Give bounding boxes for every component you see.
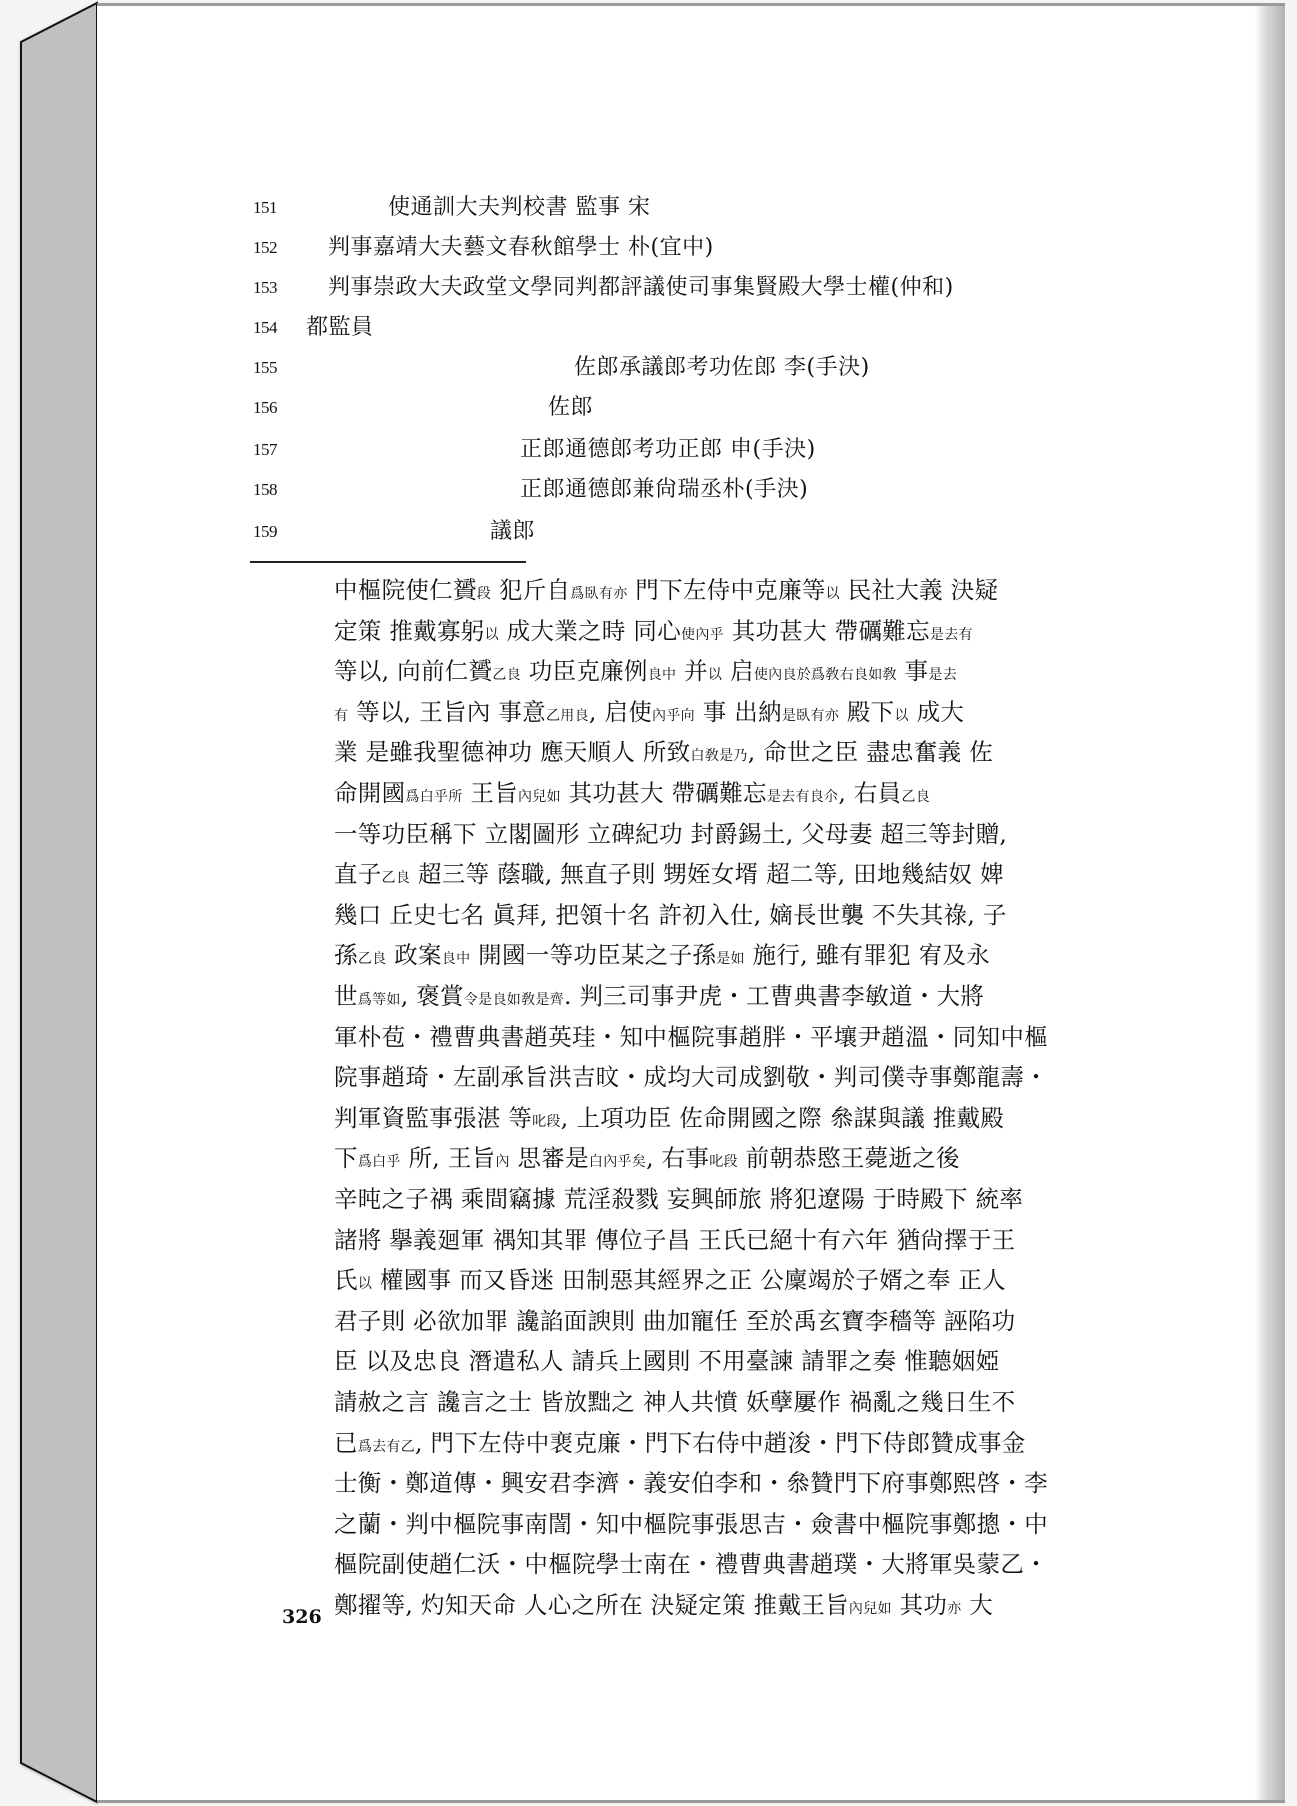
body-line: 定策 推戴寡躬以 成大業之時 同心使內乎 其功甚大 帶礪難忘是去有 [334, 613, 1144, 653]
body-line: 業 是雖我聖德神功 應天順人 所致白敎是乃, 命世之臣 盡忠奮義 佐 [334, 734, 1144, 774]
text-segment: 并 [676, 657, 708, 685]
body-line: 孫乙良 政案良中 開國一等功臣某之子孫是如 施行, 雖有罪犯 宥及永 [334, 937, 1144, 977]
body-line: 之蘭・判中樞院事南誾・知中樞院事張思吉・僉書中樞院事鄭摠・中 [334, 1506, 1144, 1542]
idu-annotation: 內 [495, 1154, 509, 1170]
page-right-shadow [1255, 6, 1285, 1800]
text-segment: 中樞院使仁贇 [334, 576, 477, 604]
body-line: 下爲白乎 所, 王旨內 思審是白內乎矣, 右事叱段 前朝恭愍王薨逝之後 [334, 1140, 1144, 1180]
text-segment: 孫 [334, 941, 358, 969]
line-text: 議郎 [490, 514, 535, 545]
idu-annotation: 乙良 [382, 870, 411, 886]
text-segment: 士衡・鄭道傳・興安君李濟・義安伯李和・叅贊門下府事鄭熙啓・李 [334, 1469, 1048, 1497]
text-segment: 直子 [334, 860, 382, 888]
text-segment: 臣 以及忠良 潛遣私人 請兵上國則 不用臺諫 請罪之奏 惟聽姻婭 [334, 1347, 999, 1375]
idu-annotation: 爲白乎 [358, 1154, 401, 1170]
idu-annotation: 爲去有乙 [358, 1439, 415, 1455]
text-segment: 業 是雖我聖德神功 應天順人 所致 [334, 738, 691, 766]
text-segment: 超三等 蔭職, 無直子則 甥姪女壻 超二等, 田地幾結奴 婢 [410, 860, 1004, 888]
body-line: 有 等以, 王旨內 事意乙用良, 启使內乎向 事 出納是臥有亦 殿下以 成大 [334, 694, 1144, 734]
text-segment: 施行, 雖有罪犯 宥及永 [745, 941, 990, 969]
text-segment: 鄭擢等, 灼知天命 人心之所在 決疑定策 推戴王旨 [334, 1591, 849, 1619]
line-number: 154 [253, 318, 277, 338]
text-segment: 門下左侍中克廉等 [628, 576, 826, 604]
text-segment: 事 出納 [695, 698, 782, 726]
idu-annotation: 良中 [648, 667, 677, 683]
text-segment: , 門下左侍中裵克廉・門下右侍中趙浚・門下侍郎贊成事金 [415, 1429, 1026, 1457]
idu-annotation: 令是良如敎是齊 [464, 992, 564, 1008]
idu-annotation: 良中 [442, 951, 471, 967]
idu-annotation: 是如 [716, 951, 745, 967]
body-line: 請赦之言 讒言之士 皆放黜之 神人共憤 妖孽屢作 禍亂之幾日生不 [334, 1384, 1144, 1420]
line-text: 正郎通德郎兼尙瑞丞朴(手決) [520, 472, 808, 503]
idu-annotation: 以 [826, 586, 840, 602]
idu-annotation: 內兒如 [518, 789, 561, 805]
idu-annotation: 是去有良尒 [767, 789, 839, 805]
text-segment: , 右事 [646, 1144, 709, 1172]
idu-annotation: 以 [708, 667, 722, 683]
idu-annotation: 爲等如 [358, 992, 401, 1008]
body-line: 士衡・鄭道傳・興安君李濟・義安伯李和・叅贊門下府事鄭熙啓・李 [334, 1465, 1144, 1501]
text-segment: 政案 [386, 941, 441, 969]
idu-annotation: 白內乎矣 [589, 1154, 646, 1170]
line-number: 153 [253, 278, 277, 298]
line-text: 佐郎 [548, 390, 593, 421]
text-segment: 已 [334, 1429, 358, 1457]
body-line: 君子則 必欲加罪 讒諂面諛則 曲加寵任 至於禹玄寶李穡等 誣陷功 [334, 1303, 1144, 1339]
idu-annotation: 是去有 [930, 627, 973, 643]
text-segment: 启 [722, 657, 754, 685]
body-line: 判軍資監事張湛 等叱段, 上項功臣 佐命開國之際 叅謀與議 推戴殿 [334, 1100, 1144, 1140]
section-divider-rule [250, 561, 526, 563]
line-number: 158 [253, 480, 277, 500]
idu-annotation: 乙良 [901, 789, 930, 805]
spine-panel [21, 3, 97, 1802]
page-number: 326 [282, 1606, 322, 1628]
body-line: 直子乙良 超三等 蔭職, 無直子則 甥姪女壻 超二等, 田地幾結奴 婢 [334, 856, 1144, 896]
text-segment: 開國一等功臣某之子孫 [470, 941, 716, 969]
text-segment: 思審是 [510, 1144, 589, 1172]
body-line: 諸將 擧義廻軍 禑知其罪 傳位子昌 王氏已絕十有六年 猶尙擇于王 [334, 1222, 1144, 1258]
text-segment: 等以, 王旨內 事意 [348, 698, 546, 726]
line-text: 正郎通德郎考功正郎 申(手決) [520, 432, 816, 463]
line-text: 佐郎承議郎考功佐郎 李(手決) [574, 350, 870, 381]
text-segment: 殿下 [839, 698, 894, 726]
text-segment: , 命世之臣 盡忠奮義 佐 [748, 738, 993, 766]
idu-annotation: 以 [485, 627, 499, 643]
text-segment: 其功甚大 帶礪難忘 [724, 617, 930, 645]
body-line: 世爲等如, 褒賞令是良如敎是齊. 判三司事尹虎・工曹典書李敏道・大將 [334, 978, 1144, 1018]
body-line: 等以, 向前仁贇乙良 功臣克廉例良中 并以 启使內良於爲敎右良如敎 事是去 [334, 653, 1144, 693]
line-number: 159 [253, 522, 277, 542]
text-segment: 下 [334, 1144, 358, 1172]
idu-annotation: 是去 [928, 667, 957, 683]
text-segment: 世 [334, 982, 358, 1010]
line-number: 156 [253, 398, 277, 418]
text-segment: 樞院副使趙仁沃・中樞院學士南在・禮曹典書趙璞・大將軍吳蒙乙・ [334, 1550, 1048, 1578]
body-line: 軍朴苞・禮曹典書趙英珪・知中樞院事趙胖・平壤尹趙溫・同知中樞 [334, 1019, 1144, 1055]
text-segment: 君子則 必欲加罪 讒諂面諛則 曲加寵任 至於禹玄寶李穡等 誣陷功 [334, 1307, 1015, 1335]
text-segment: 請赦之言 讒言之士 皆放黜之 神人共憤 妖孽屢作 禍亂之幾日生不 [334, 1388, 1015, 1416]
body-line: 臣 以及忠良 潛遣私人 請兵上國則 不用臺諫 請罪之奏 惟聽姻婭 [334, 1343, 1144, 1379]
line-number: 152 [253, 238, 277, 258]
text-segment: 命開國 [334, 779, 405, 807]
text-segment: 成大業之時 同心 [499, 617, 681, 645]
line-text: 判事嘉靖大夫藝文春秋館學士 朴(宜中) [328, 230, 714, 261]
idu-annotation: 內兒如 [849, 1601, 892, 1617]
text-segment: , 启使 [589, 698, 652, 726]
body-line: 已爲去有乙, 門下左侍中裵克廉・門下右侍中趙浚・門下侍郎贊成事金 [334, 1425, 1144, 1465]
body-line: 幾口 丘史七名 眞拜, 把領十名 許初入仕, 嫡長世襲 不失其祿, 子 [334, 897, 1144, 933]
body-line: 院事趙琦・左副承旨洪吉旼・成均大司成劉敬・判司僕寺事鄭龍壽・ [334, 1059, 1144, 1095]
idu-annotation: 爲白乎所 [405, 789, 462, 805]
idu-annotation: 叱段 [532, 1114, 561, 1130]
idu-annotation: 有 [334, 708, 348, 724]
body-line: 鄭擢等, 灼知天命 人心之所在 決疑定策 推戴王旨內兒如 其功亦 大 [334, 1587, 1144, 1627]
text-segment: , 褒賞 [401, 982, 464, 1010]
text-segment: 其功 [892, 1591, 947, 1619]
line-text: 判事崇政大夫政堂文學同判都評議使司事集賢殿大學士權(仲和) [328, 270, 954, 301]
idu-annotation: 段 [477, 586, 491, 602]
idu-annotation: 內乎向 [652, 708, 695, 724]
text-segment: 成大 [909, 698, 964, 726]
body-line: 樞院副使趙仁沃・中樞院學士南在・禮曹典書趙璞・大將軍吳蒙乙・ [334, 1546, 1144, 1582]
idu-annotation: 白敎是乃 [691, 748, 748, 764]
idu-annotation: 亦 [947, 1601, 961, 1617]
text-segment: 諸將 擧義廻軍 禑知其罪 傳位子昌 王氏已絕十有六年 猶尙擇于王 [334, 1226, 1015, 1254]
text-segment: 功臣克廉例 [521, 657, 648, 685]
idu-annotation: 乙良 [358, 951, 387, 967]
text-segment: 辛旽之子禑 乘間竊據 荒淫殺戮 妄興師旅 將犯遼陽 于時殿下 統率 [334, 1185, 1023, 1213]
text-segment: 事 [897, 657, 929, 685]
idu-annotation: 以 [358, 1276, 372, 1292]
text-segment: 幾口 丘史七名 眞拜, 把領十名 許初入仕, 嫡長世襲 不失其祿, 子 [334, 901, 1007, 929]
text-segment: 判軍資監事張湛 等 [334, 1104, 532, 1132]
text-segment: 軍朴苞・禮曹典書趙英珪・知中樞院事趙胖・平壤尹趙溫・同知中樞 [334, 1023, 1048, 1051]
idu-annotation: 叱段 [709, 1154, 738, 1170]
line-number: 155 [253, 358, 277, 378]
text-segment: 犯斤自 [491, 576, 570, 604]
line-text: 都監員 [306, 310, 374, 341]
idu-annotation: 乙良 [492, 667, 521, 683]
idu-annotation: 使內良於爲敎右良如敎 [754, 667, 897, 683]
text-segment: 前朝恭愍王薨逝之後 [738, 1144, 960, 1172]
body-line: 一等功臣稱下 立閣圖形 立碑紀功 封爵錫土, 父母妻 超三等封贈, [334, 816, 1144, 852]
idu-annotation: 使內乎 [681, 627, 724, 643]
text-segment: 一等功臣稱下 立閣圖形 立碑紀功 封爵錫土, 父母妻 超三等封贈, [334, 820, 1007, 848]
body-line: 氏以 權國事 而又昏迷 田制惡其經界之正 公廩竭於子婿之奉 正人 [334, 1262, 1144, 1302]
text-segment: 其功甚大 帶礪難忘 [561, 779, 767, 807]
text-segment: 王旨 [463, 779, 518, 807]
text-segment: 大 [961, 1591, 993, 1619]
text-segment: 民社大義 決疑 [840, 576, 998, 604]
idu-annotation: 爲臥有亦 [570, 586, 627, 602]
idu-annotation: 以 [894, 708, 908, 724]
text-segment: . 判三司事尹虎・工曹典書李敏道・大將 [564, 982, 984, 1010]
text-segment: 所, 王旨 [401, 1144, 496, 1172]
text-segment: 之蘭・判中樞院事南誾・知中樞院事張思吉・僉書中樞院事鄭摠・中 [334, 1510, 1048, 1538]
body-line: 中樞院使仁贇段 犯斤自爲臥有亦 門下左侍中克廉等以 民社大義 決疑 [334, 572, 1144, 612]
text-segment: , 上項功臣 佐命開國之際 叅謀與議 推戴殿 [561, 1104, 1004, 1132]
body-line: 辛旽之子禑 乘間竊據 荒淫殺戮 妄興師旅 將犯遼陽 于時殿下 統率 [334, 1181, 1144, 1217]
text-segment: 權國事 而又昏迷 田制惡其經界之正 公廩竭於子婿之奉 正人 [372, 1266, 1006, 1294]
idu-annotation: 是臥有亦 [782, 708, 839, 724]
text-segment: , 右員 [838, 779, 901, 807]
line-text: 使通訓大夫判校書 監事 宋 [388, 190, 651, 221]
text-segment: 院事趙琦・左副承旨洪吉旼・成均大司成劉敬・判司僕寺事鄭龍壽・ [334, 1063, 1048, 1091]
line-number: 157 [253, 440, 277, 460]
body-line: 命開國爲白乎所 王旨內兒如 其功甚大 帶礪難忘是去有良尒, 右員乙良 [334, 775, 1144, 815]
text-segment: 等以, 向前仁贇 [334, 657, 492, 685]
idu-annotation: 乙用良 [546, 708, 589, 724]
line-number: 151 [253, 198, 277, 218]
text-segment: 氏 [334, 1266, 358, 1294]
text-segment: 定策 推戴寡躬 [334, 617, 485, 645]
